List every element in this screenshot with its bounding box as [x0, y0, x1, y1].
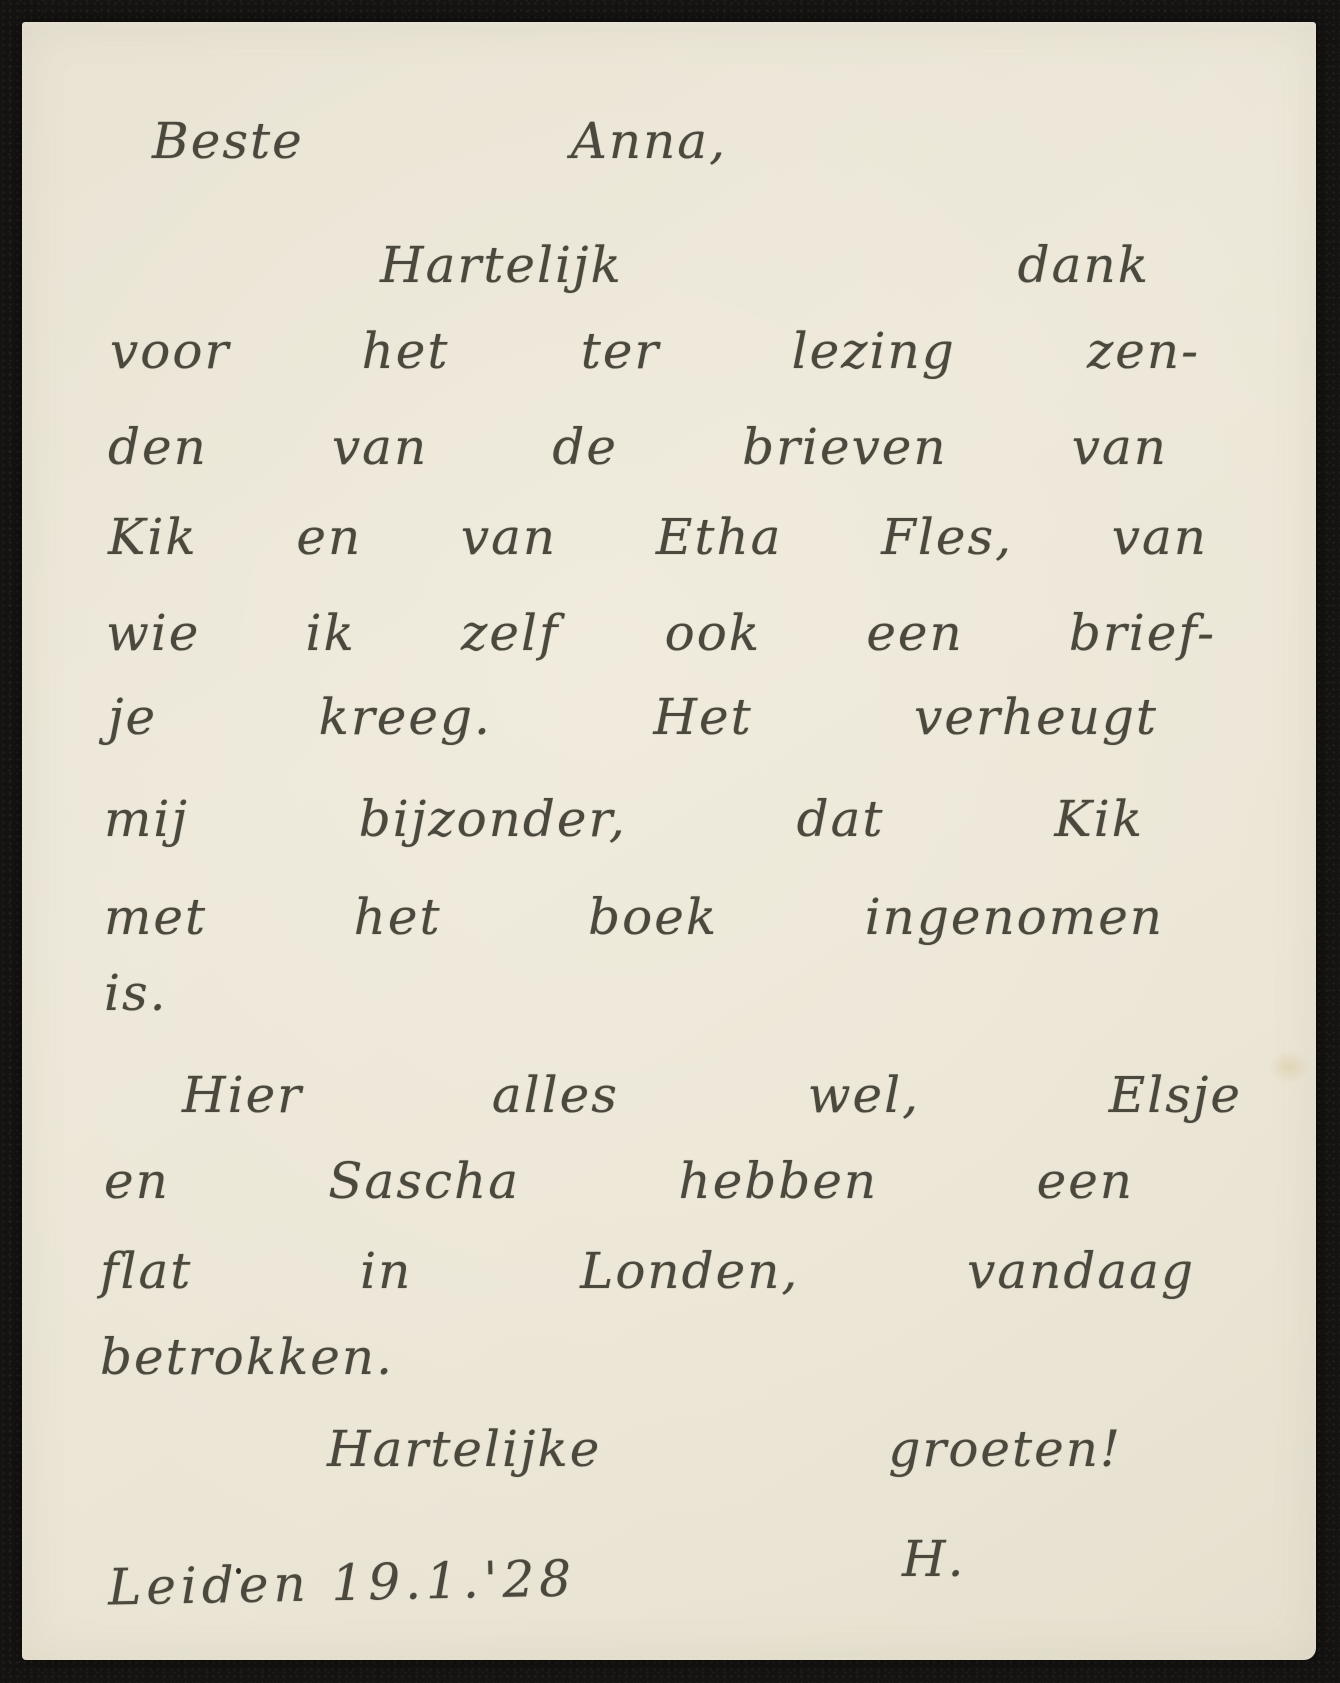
letter-line: flat in Londen, vandaag	[100, 1240, 1195, 1302]
closing-line: Hartelijke groeten!	[327, 1418, 1122, 1480]
letter-line: Kik en van Etha Fles, van	[108, 506, 1208, 568]
letter-line: wie ik zelf ook een brief-	[106, 602, 1216, 664]
letter-line: voor het ter lezing zen-	[110, 320, 1200, 382]
letter-line: Hartelijk dank	[380, 234, 1150, 296]
signature-initial: H.	[902, 1528, 966, 1590]
paper-stain	[1268, 1050, 1310, 1084]
letter-line: is.	[104, 962, 168, 1024]
place-date-line: Leiden 19.1.'28	[107, 1548, 576, 1619]
letter-line: Hier alles wel, Elsje	[182, 1064, 1242, 1126]
letter-line: mij bijzonder, dat Kik	[104, 788, 1144, 850]
letter-line: betrokken.	[100, 1326, 394, 1388]
ink-speck	[236, 1568, 241, 1574]
letter-line: en Sascha hebben een	[104, 1150, 1134, 1212]
scan-background: Beste Anna, Hartelijk dank voor het ter …	[0, 0, 1340, 1683]
letter-line: met het boek ingenomen	[104, 886, 1164, 948]
letter-line: je kreeg. Het verheugt	[108, 686, 1158, 748]
letter-line: den van de brieven van	[108, 416, 1168, 478]
salutation-line: Beste Anna,	[152, 110, 727, 172]
letter-paper: Beste Anna, Hartelijk dank voor het ter …	[22, 22, 1316, 1660]
